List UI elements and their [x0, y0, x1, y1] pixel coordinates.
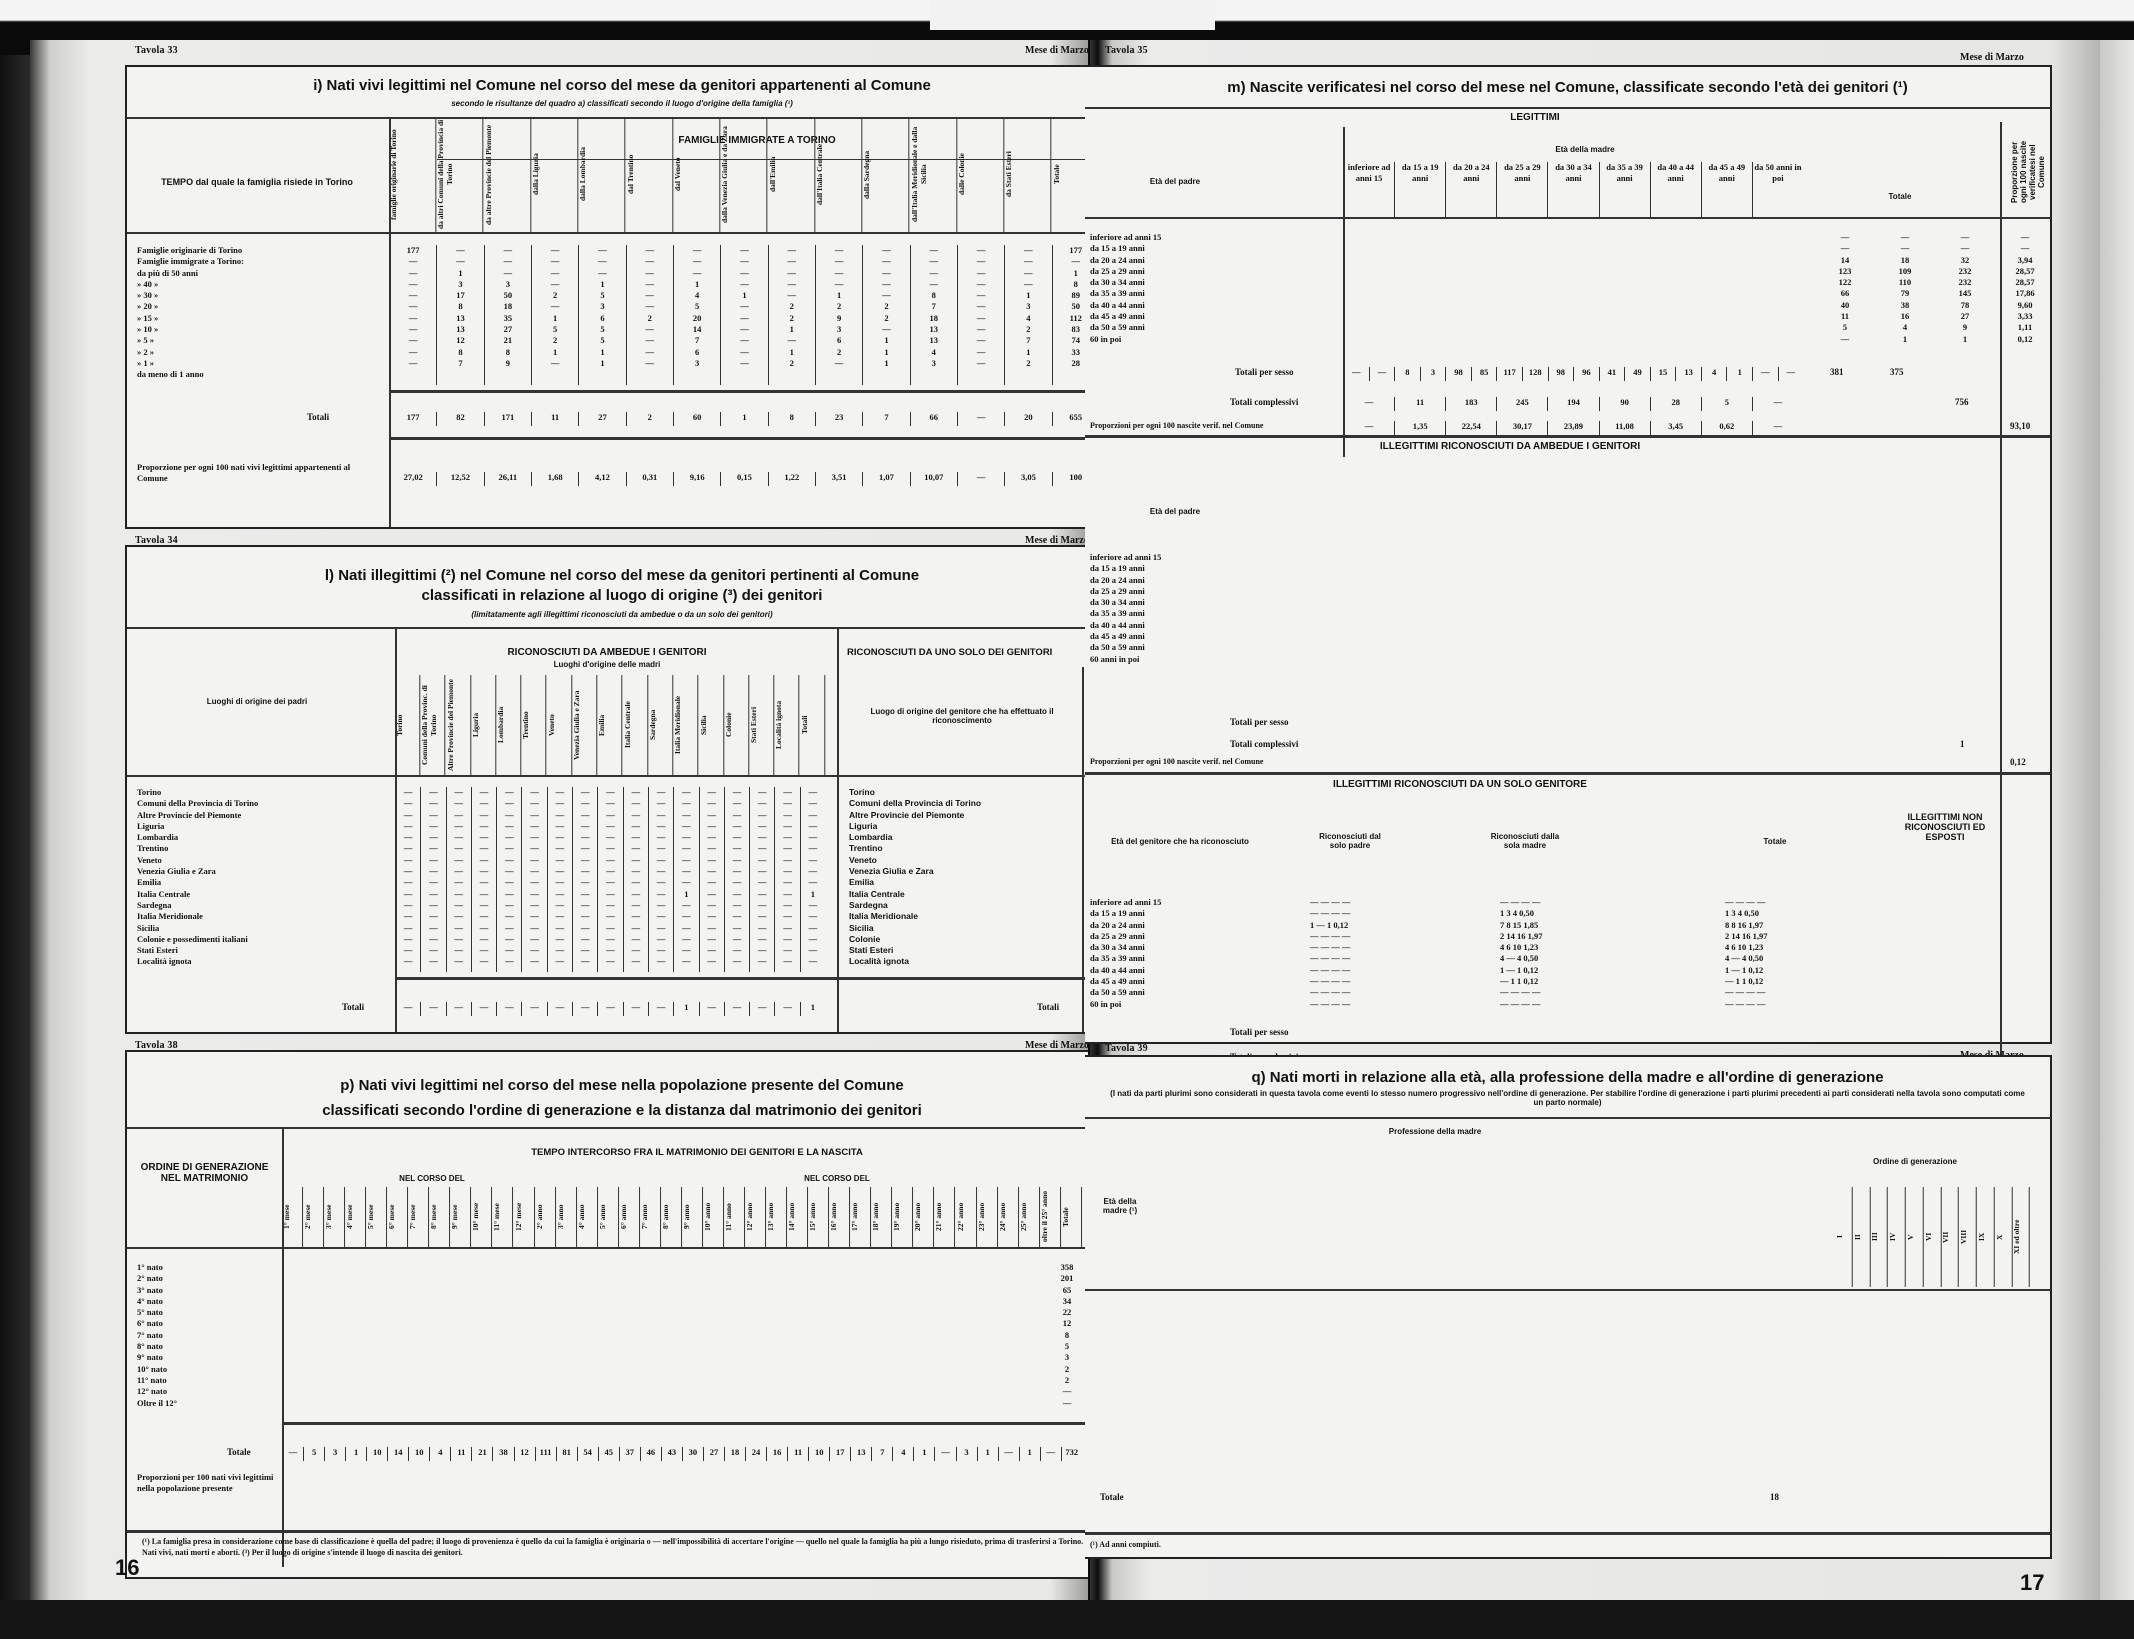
row-label: da 20 a 24 anni: [1090, 920, 1305, 931]
table-cell: —: [421, 855, 445, 866]
table-cell: —: [1005, 245, 1051, 256]
table-cell: da 20 a 24 anni: [1446, 162, 1496, 185]
table-column: II: [1853, 1187, 1871, 1287]
table-cell: —: [573, 866, 597, 877]
row-label: 60 in poi: [1090, 334, 1340, 345]
illegittimi-ambedue-total: 1: [1960, 739, 1965, 749]
sub-header-years: NEL CORSO DEL: [587, 1174, 1087, 1183]
row-label: 2° nato: [137, 1273, 277, 1284]
table-cell: —: [801, 810, 825, 821]
table-cell: 2: [816, 301, 862, 312]
table-cell: —: [649, 855, 673, 866]
table-label: Tavola 35: [1105, 45, 1148, 56]
table-column: Località ignota: [774, 675, 799, 775]
table-cell: —: [447, 798, 471, 809]
table-cell: —: [522, 798, 546, 809]
table-cell: —: [700, 821, 724, 832]
table-cell: 13: [911, 324, 957, 335]
table-cell: —: [801, 821, 825, 832]
table-cell: —: [700, 787, 724, 798]
table-cell: —: [750, 787, 774, 798]
table-cell: —: [579, 245, 625, 256]
row-label: » 10 »: [137, 324, 385, 335]
table-cell: —: [674, 821, 698, 832]
table-i-title: i) Nati vivi legittimi nel Comune nel co…: [127, 77, 1117, 94]
table-cell: 1: [816, 290, 862, 301]
table-column: 3: [1420, 367, 1446, 381]
table-cell: 30,17: [1497, 421, 1547, 432]
table-column: —: [623, 1002, 648, 1016]
row-label: 34: [1052, 1296, 1082, 1307]
table-cell: —: [624, 866, 648, 877]
group-b-subheader: Luogo di origine del genitore che ha eff…: [852, 707, 1072, 725]
totali-per-sesso-label: Totali per sesso: [1235, 367, 1294, 377]
table-column: 1: [673, 1002, 698, 1016]
table-column: 1: [720, 412, 767, 426]
table-cell: —: [548, 956, 572, 967]
table-cell: —: [958, 290, 1004, 301]
table-cell: 1: [674, 1002, 698, 1013]
totali-complessivi-label: Totali complessivi: [1230, 397, 1298, 407]
table-column: 7: [862, 412, 909, 426]
table-cell: 2: [1005, 358, 1051, 369]
table-cell: 1: [674, 889, 698, 900]
table-cell: —: [725, 1002, 749, 1013]
table-cell: —: [421, 889, 445, 900]
row-label: Colonie: [849, 934, 1079, 945]
table-column: 2° mese: [303, 1187, 324, 1247]
table-column: 10,07: [910, 472, 957, 486]
row-label: 1,11: [2005, 322, 2045, 333]
table-cell: —: [548, 821, 572, 832]
table-column: Stati Esteri: [749, 675, 774, 775]
table-cell: —: [396, 877, 420, 888]
table-cell: —: [750, 1002, 774, 1013]
table-cell: —: [472, 877, 496, 888]
table-cell: —: [522, 832, 546, 843]
table-column: VIII: [1959, 1187, 1977, 1287]
table-cell: —: [674, 256, 720, 267]
table-column: 14° anno: [787, 1187, 808, 1247]
row-label: 201: [1052, 1273, 1082, 1284]
table-cell: —: [532, 268, 578, 279]
col-padre: Riconosciuti dal solo padre: [1310, 832, 1390, 850]
table-column: Veneto: [547, 675, 572, 775]
table-column: 27: [703, 1447, 724, 1461]
table-column: ————1342712: [1004, 245, 1051, 385]
table-column: ————8718131343: [910, 245, 957, 385]
row-label: da 50 a 59 anni: [1090, 642, 1340, 653]
row-label: 2: [1052, 1364, 1082, 1375]
table-cell: —: [396, 911, 420, 922]
table-cell: —: [421, 787, 445, 798]
table-cell: 23: [816, 412, 862, 423]
table-cell: —: [624, 945, 648, 956]
row-label: 0,12: [2005, 334, 2045, 345]
table-column: 7° anno: [640, 1187, 661, 1247]
table-cell: —: [700, 1002, 724, 1013]
row-label: —: [1052, 1398, 1082, 1409]
table-cell: 1: [863, 358, 909, 369]
table-column: 4° anno: [577, 1187, 598, 1247]
table-m-frame: m) Nascite verificatesi nel corso del me…: [1085, 65, 2052, 1044]
row-label: » 20 »: [137, 301, 385, 312]
table-cell: —: [725, 877, 749, 888]
table-column: dal Trentino: [626, 117, 673, 232]
table-cell: —: [801, 843, 825, 854]
table-cell: 4: [893, 1447, 913, 1458]
table-column: —: [1752, 367, 1778, 381]
table-cell: 7: [863, 412, 909, 423]
table-cell: —: [497, 855, 521, 866]
table-cell: —: [700, 911, 724, 922]
table-cell: —: [447, 843, 471, 854]
table-column: ————————————————: [496, 787, 521, 972]
row-label: —: [1945, 232, 1985, 243]
table-cell: —: [598, 900, 622, 911]
table-cell: —: [283, 1447, 303, 1458]
row-label: Emilia: [849, 877, 1079, 888]
row-label: Oltre il 12°: [137, 1398, 277, 1409]
table-cell: —: [911, 256, 957, 267]
row-label: da 25 a 29 anni: [1090, 266, 1340, 277]
table-cell: —: [624, 843, 648, 854]
row-label: 66: [1825, 288, 1865, 299]
row-label: —: [1885, 232, 1925, 243]
table-cell: 732: [1062, 1447, 1082, 1458]
table-cell: —: [447, 923, 471, 934]
table-cell: —: [598, 1002, 622, 1013]
row-labels-b: TorinoComuni della Provincia di TorinoAl…: [849, 787, 1079, 968]
table-column: dall'Emilia: [768, 117, 815, 232]
table-cell: 98: [1446, 367, 1471, 378]
table-cell: —: [769, 290, 815, 301]
table-cell: 3: [1005, 301, 1051, 312]
table-cell: 1: [863, 335, 909, 346]
table-cell: —: [548, 889, 572, 900]
row-label: Torino: [849, 787, 1079, 798]
row-label: Venezia Giulia e Zara: [849, 866, 1079, 877]
table-column: —: [648, 1002, 673, 1016]
table-column: —: [597, 1002, 622, 1016]
table-cell: —: [598, 798, 622, 809]
table-cell: —: [801, 787, 825, 798]
table-cell: 85: [1472, 367, 1497, 378]
table-cell: —: [801, 866, 825, 877]
table-column: ————2—1521—: [531, 245, 578, 385]
table-cell: —: [396, 900, 420, 911]
table-cell: —: [700, 889, 724, 900]
table-cell: —: [674, 832, 698, 843]
table-cell: —: [573, 798, 597, 809]
row-label: — — — —: [1500, 999, 1665, 1010]
table-cell: 17: [437, 290, 483, 301]
table-cell: —: [447, 911, 471, 922]
table-cell: 41: [1600, 367, 1625, 378]
table-column: 11,08: [1599, 421, 1650, 435]
table-cell: —: [598, 923, 622, 934]
row-label: da 50 a 59 anni: [1090, 322, 1340, 333]
table-column: 11° mese: [492, 1187, 513, 1247]
table-column: dall'Italia Meridionale e dalla Sicilia: [910, 117, 957, 232]
table-cell: —: [390, 256, 436, 267]
table-cell: —: [725, 934, 749, 945]
table-cell: 2: [769, 313, 815, 324]
row-label: da 45 a 49 anni: [1090, 976, 1305, 987]
mother-age-header: Età della madre: [1385, 145, 1785, 154]
table-cell: —: [775, 900, 799, 911]
table-cell: —: [573, 832, 597, 843]
table-cell: 3: [437, 279, 483, 290]
row-label: — — — —: [1310, 942, 1470, 953]
table-cell: —: [750, 956, 774, 967]
table-column: 183: [1445, 397, 1496, 411]
table-column: ———3501835272189: [484, 245, 531, 385]
table-column: 12° mese: [514, 1187, 535, 1247]
table-column: ———15365511: [578, 245, 625, 385]
table-cell: 28: [1651, 397, 1701, 408]
table-column: 3° mese: [324, 1187, 345, 1247]
table-cell: —: [816, 245, 862, 256]
table-column: 19° anno: [892, 1187, 913, 1247]
table-cell: —: [775, 956, 799, 967]
table-column: —————————1——————: [800, 787, 825, 972]
table-cell: —: [548, 866, 572, 877]
totale-values: — — — —1 3 4 0,508 8 16 1,972 14 16 1,97…: [1725, 897, 1915, 1010]
table-column: Altre Provincie del Piemonte: [446, 675, 471, 775]
table-cell: —: [485, 245, 531, 256]
table-column: ———1452014763: [673, 245, 720, 385]
table-cell: —: [396, 787, 420, 798]
table-cell: da 35 a 39 anni: [1600, 162, 1650, 185]
table-cell: —: [548, 810, 572, 821]
total-female: 375: [1890, 367, 1904, 377]
table-column: 38: [492, 1447, 513, 1461]
table-cell: —: [390, 324, 436, 335]
table-column: 81: [556, 1447, 577, 1461]
table-cell: —: [390, 301, 436, 312]
table-cell: —: [674, 268, 720, 279]
group-a-header: RICONOSCIUTI DA AMBEDUE I GENITORI: [407, 647, 807, 658]
table-cell: —: [598, 866, 622, 877]
table-cell: —: [497, 798, 521, 809]
table-cell: 1: [801, 889, 825, 900]
order-header: Ordine di generazione: [1845, 1157, 1985, 1166]
table-cell: —: [532, 301, 578, 312]
table-cell: 2: [769, 301, 815, 312]
table-cell: —: [649, 877, 673, 888]
table-cell: 111: [536, 1447, 556, 1458]
table-cell: 82: [437, 412, 483, 423]
table-cell: 11: [532, 412, 578, 423]
table-cell: —: [497, 843, 521, 854]
row-label: 8° nato: [137, 1341, 277, 1352]
table-cell: 5: [579, 324, 625, 335]
row-labels-a: TorinoComuni della Provincia di TorinoAl…: [137, 787, 387, 968]
row-label: 12° nato: [137, 1386, 277, 1397]
table-cell: —: [598, 832, 622, 843]
table-column: —: [496, 1002, 521, 1016]
table-cell: —: [548, 832, 572, 843]
table-cell: —: [775, 798, 799, 809]
table-cell: —: [396, 1002, 420, 1013]
table-cell: —: [573, 1002, 597, 1013]
table-cell: —: [721, 347, 767, 358]
row-label: —: [1945, 243, 1985, 254]
table-cell: —: [421, 945, 445, 956]
table-cell: —: [421, 810, 445, 821]
table-column: 14: [387, 1447, 408, 1461]
row-label: Liguria: [849, 821, 1079, 832]
table-cell: —: [421, 821, 445, 832]
table-cell: —: [447, 855, 471, 866]
row-label: Lombardia: [137, 832, 387, 843]
table-cell: 21: [472, 1447, 492, 1458]
table-cell: 22,54: [1446, 421, 1496, 432]
table-column: 15: [1650, 367, 1676, 381]
table-column: III: [1870, 1187, 1888, 1287]
table-column: Sardegna: [648, 675, 673, 775]
table-cell: 14: [674, 324, 720, 335]
table-cell: —: [624, 787, 648, 798]
table-column: I: [1835, 1187, 1853, 1287]
table-cell: —: [624, 911, 648, 922]
row-label: 3: [1052, 1352, 1082, 1363]
table-column: —————22—111: [862, 245, 909, 385]
table-column: ——————2————: [626, 245, 673, 385]
row-labels: inferiore ad anni 15da 15 a 19 annida 20…: [1090, 897, 1305, 1010]
table-cell: 46: [641, 1447, 661, 1458]
table-cell: —: [624, 810, 648, 821]
table-cell: —: [472, 866, 496, 877]
row-label: — — — —: [1310, 953, 1470, 964]
table-cell: —: [627, 324, 673, 335]
table-cell: 17: [830, 1447, 850, 1458]
table-cell: 24: [746, 1447, 766, 1458]
table-column: 13: [1675, 367, 1701, 381]
table-cell: —: [674, 866, 698, 877]
table-cell: —: [627, 256, 673, 267]
table-cell: 3: [325, 1447, 345, 1458]
table-column: 3: [956, 1447, 977, 1461]
table-column: 3,51: [815, 472, 862, 486]
table-column: —: [998, 1447, 1019, 1461]
table-column: 10: [808, 1447, 829, 1461]
table-column: ————————————————: [623, 787, 648, 972]
row-label: da 35 a 39 anni: [1090, 608, 1340, 619]
row-label: da 20 a 24 anni: [1090, 255, 1340, 266]
table-cell: —: [472, 832, 496, 843]
row-label: da 45 a 49 anni: [1090, 311, 1340, 322]
table-column: Venezia Giulia e Zara: [572, 675, 597, 775]
table-cell: —: [750, 866, 774, 877]
table-column: 194: [1547, 397, 1598, 411]
row-label: Trentino: [137, 843, 387, 854]
table-cell: —: [447, 945, 471, 956]
table-column: 27: [578, 412, 625, 426]
table-column: 1: [977, 1447, 998, 1461]
table-cell: —: [598, 877, 622, 888]
table-cell: 4: [430, 1447, 450, 1458]
row-label: 4° nato: [137, 1296, 277, 1307]
row-label: Altre Provincie del Piemonte: [849, 810, 1079, 821]
table-cell: —: [700, 832, 724, 843]
table-column: 8° mese: [429, 1187, 450, 1247]
row-label: 145: [1945, 288, 1985, 299]
row-label: — — — —: [1310, 987, 1470, 998]
table-column: dalle Colonie: [957, 117, 1004, 232]
row-label: » 2 »: [137, 347, 385, 358]
table-cell: —: [750, 911, 774, 922]
table-column: 26,11: [484, 472, 531, 486]
table-cell: 45: [599, 1447, 619, 1458]
table-cell: —: [532, 256, 578, 267]
table-cell: 4: [911, 347, 957, 358]
table-cell: —: [1344, 397, 1394, 408]
table-column: 10: [366, 1447, 387, 1461]
totals-row-a: ———————————1————1: [395, 1002, 825, 1016]
table-cell: 3: [579, 301, 625, 312]
table-cell: —: [472, 1002, 496, 1013]
table-cell: —: [674, 945, 698, 956]
table-column: 8° anno: [661, 1187, 682, 1247]
table-cell: —: [775, 923, 799, 934]
table-cell: —: [649, 787, 673, 798]
table-cell: 0,15: [721, 472, 767, 483]
table-cell: —: [390, 347, 436, 358]
table-column: Italia Meridionale: [673, 675, 698, 775]
table-cell: —: [816, 256, 862, 267]
table-cell: 1: [769, 347, 815, 358]
table-cell: —: [396, 866, 420, 877]
table-cell: 2: [1005, 324, 1051, 335]
table-cell: 1: [346, 1447, 366, 1458]
table-cell: 10: [409, 1447, 429, 1458]
table-column: 1: [1726, 367, 1752, 381]
table-cell: —: [649, 911, 673, 922]
table-cell: —: [421, 832, 445, 843]
column-headers: 1° mese2° mese3° mese4° mese5° mese6° me…: [282, 1187, 1082, 1247]
table-column: 23: [815, 412, 862, 426]
table-cell: 1: [674, 279, 720, 290]
table-column: —————————1——————: [673, 787, 698, 972]
table-cell: 13: [437, 324, 483, 335]
table-cell: —: [721, 245, 767, 256]
table-cell: 1,35: [1395, 421, 1445, 432]
page-number-left: 16: [115, 1555, 139, 1581]
table-cell: —: [522, 787, 546, 798]
table-cell: 0,62: [1702, 421, 1752, 432]
table-cell: —: [624, 956, 648, 967]
table-cell: —: [1370, 367, 1395, 378]
table-cell: —: [725, 832, 749, 843]
grand-total: 756: [1955, 397, 1969, 407]
table-column: —: [1778, 367, 1804, 381]
table-column: 46: [640, 1447, 661, 1461]
table-cell: —: [863, 324, 909, 335]
table-column: 7: [871, 1447, 892, 1461]
table-cell: 66: [911, 412, 957, 423]
table-cell: —: [674, 810, 698, 821]
table-column: da 45 a 49 anni: [1701, 162, 1752, 217]
table-column: —: [471, 1002, 496, 1016]
table-column: ————————————————: [471, 787, 496, 972]
row-label: —: [1825, 232, 1865, 243]
table-column: 45: [598, 1447, 619, 1461]
table-cell: —: [421, 798, 445, 809]
proporzioni-label: Proporzioni per ogni 100 nascite verif. …: [1090, 421, 1263, 430]
table-cell: 37: [620, 1447, 640, 1458]
